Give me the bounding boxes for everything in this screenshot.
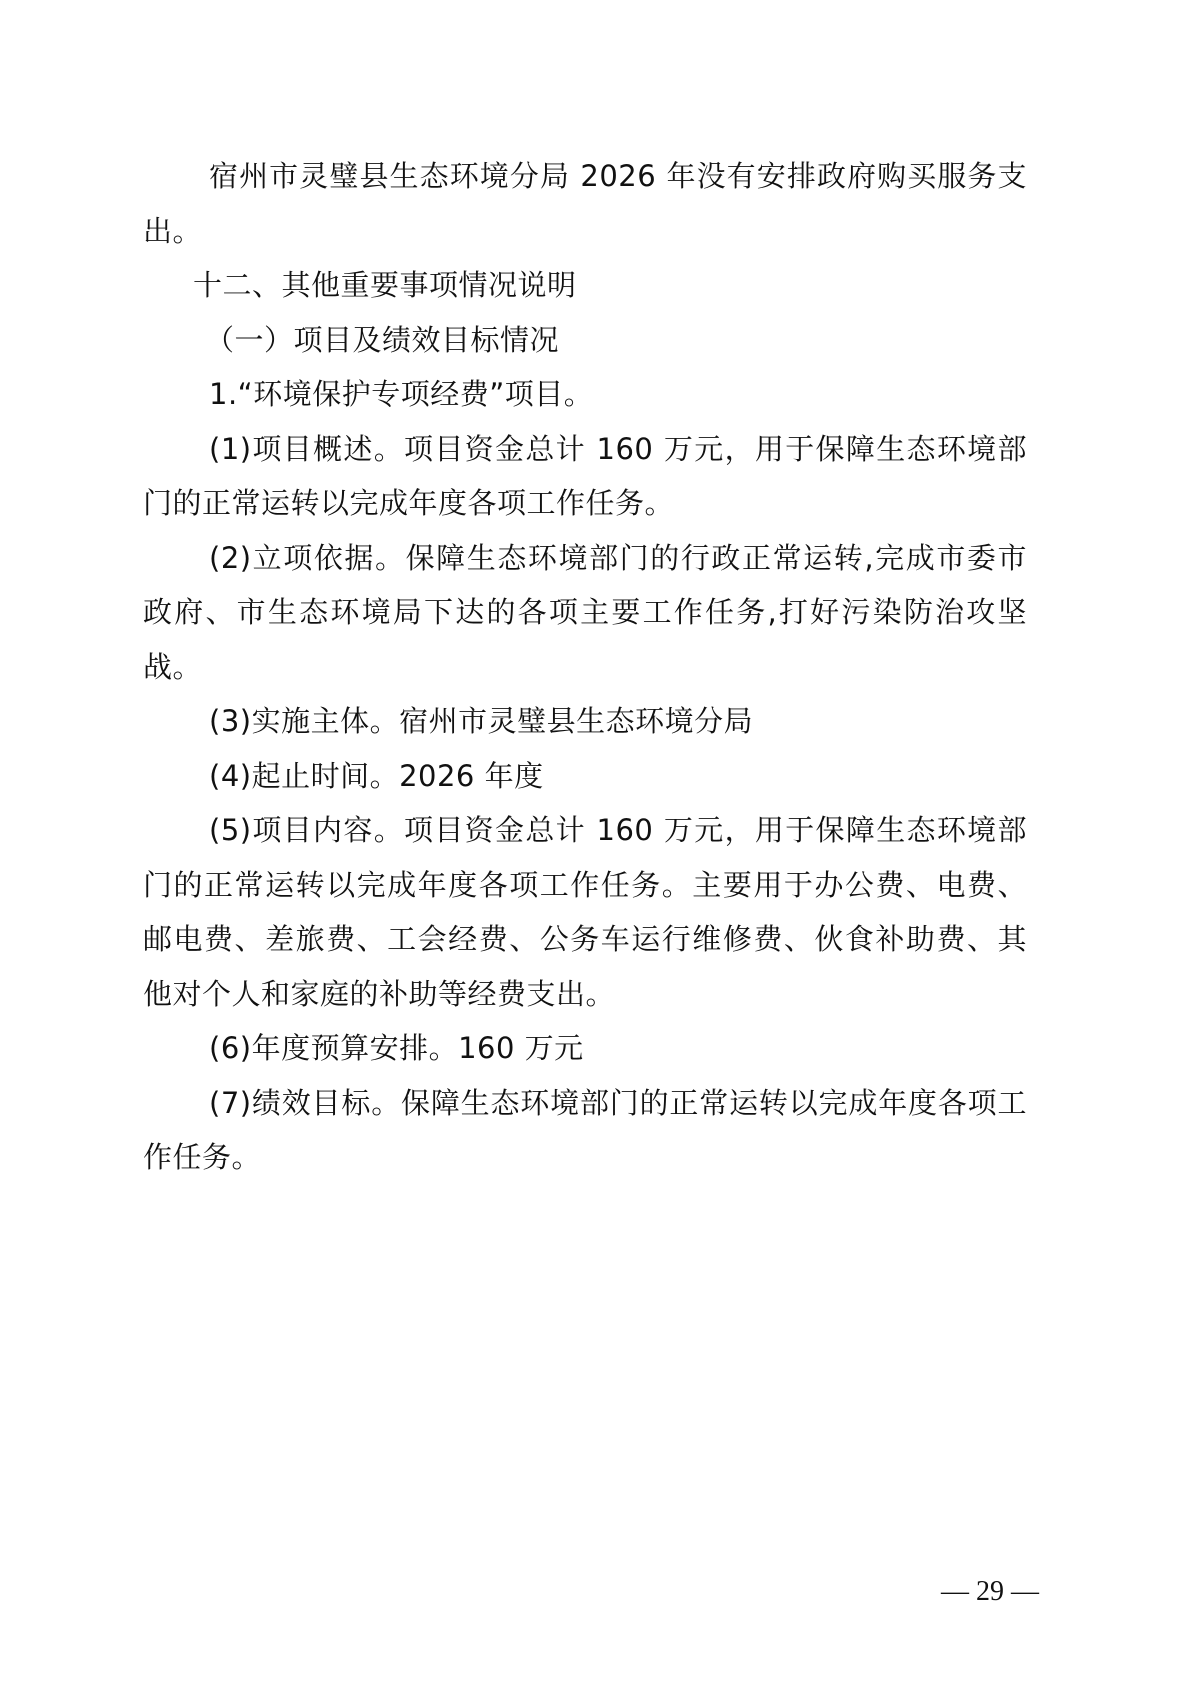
section-heading-12: 十二、其他重要事项情况说明 [143, 258, 1027, 313]
paragraph-government-procurement: 宿州市灵璧县生态环境分局 2026 年没有安排政府购买服务支出。 [143, 149, 1027, 258]
project-content: (5)项目内容。项目资金总计 160 万元，用于保障生态环境部门的正常运转以完成… [143, 803, 1027, 1021]
project-item-1-title: 1.“环境保护专项经费”项目。 [143, 367, 1027, 422]
project-budget: (6)年度预算安排。160 万元 [143, 1021, 1027, 1076]
project-period: (4)起止时间。2026 年度 [143, 749, 1027, 804]
document-body: 宿州市灵璧县生态环境分局 2026 年没有安排政府购买服务支出。 十二、其他重要… [143, 149, 1027, 1185]
page-number: — 29 — [935, 1574, 1045, 1610]
subsection-heading-projects: （一）项目及绩效目标情况 [143, 313, 1027, 368]
project-implementer: (3)实施主体。宿州市灵璧县生态环境分局 [143, 694, 1027, 749]
project-basis: (2)立项依据。保障生态环境部门的行政正常运转,完成市委市政府、市生态环境局下达… [143, 531, 1027, 695]
project-overview: (1)项目概述。项目资金总计 160 万元，用于保障生态环境部门的正常运转以完成… [143, 422, 1027, 531]
project-performance-goal: (7)绩效目标。保障生态环境部门的正常运转以完成年度各项工作任务。 [143, 1076, 1027, 1185]
